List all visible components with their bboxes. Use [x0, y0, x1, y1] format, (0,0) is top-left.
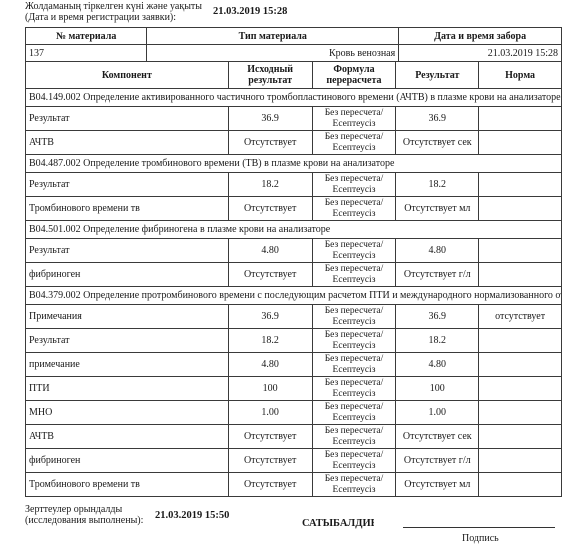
- norm-value: [479, 107, 562, 131]
- source-result: Отсутствует: [228, 197, 312, 221]
- result-row: фибриногенОтсутствуетБез пересчета/Есепт…: [26, 449, 562, 473]
- source-result: Отсутствует: [228, 263, 312, 287]
- formula-line2: Есептеусіз: [314, 341, 395, 352]
- registration-label-kz: Жолдаманың тіркелген күні және уақыты: [25, 2, 202, 13]
- section-title: B04.501.002 Определение фибриногена в пл…: [26, 221, 562, 239]
- result-row: АЧТВОтсутствуетБез пересчета/ЕсептеусізО…: [26, 131, 562, 155]
- signature-caption: Подпись: [462, 533, 499, 544]
- header-component: Компонент: [26, 62, 229, 89]
- norm-value: [479, 401, 562, 425]
- source-result: 4.80: [228, 353, 312, 377]
- section-row: B04.149.002 Определение активированного …: [26, 89, 562, 107]
- header-formula-line1: Формула: [316, 64, 393, 75]
- formula-line2: Есептеусіз: [314, 209, 395, 220]
- final-result: Отсутствует г/л: [396, 449, 479, 473]
- formula-line2: Есептеусіз: [314, 389, 395, 400]
- final-result: Отсутствует мл: [396, 473, 479, 497]
- component-name: АЧТВ: [26, 131, 229, 155]
- norm-value: [479, 239, 562, 263]
- result-row: Результат4.80Без пересчета/Есептеусіз4.8…: [26, 239, 562, 263]
- component-name: АЧТВ: [26, 425, 229, 449]
- recalc-formula: Без пересчета/Есептеусіз: [312, 107, 396, 131]
- formula-line1: Без пересчета/: [314, 402, 395, 413]
- norm-value: [479, 197, 562, 221]
- header-collection-datetime: Дата и время забора: [399, 28, 562, 45]
- result-row: Тромбинового времени твОтсутствуетБез пе…: [26, 197, 562, 221]
- recalc-formula: Без пересчета/Есептеусіз: [312, 377, 396, 401]
- component-name: Результат: [26, 239, 229, 263]
- final-result: 36.9: [396, 305, 479, 329]
- completion-label-kz: Зерттеулер орындалды: [25, 505, 143, 516]
- component-name: Тромбинового времени тв: [26, 197, 229, 221]
- component-name: Тромбинового времени тв: [26, 473, 229, 497]
- formula-line1: Без пересчета/: [314, 354, 395, 365]
- final-result: 4.80: [396, 353, 479, 377]
- formula-line2: Есептеусіз: [314, 413, 395, 424]
- header-norm: Норма: [479, 62, 562, 89]
- material-type: Кровь венозная: [147, 45, 399, 62]
- norm-value: [479, 353, 562, 377]
- header-material-type: Тип материала: [147, 28, 399, 45]
- recalc-formula: Без пересчета/Есептеусіз: [312, 473, 396, 497]
- result-row: Результат36.9Без пересчета/Есептеусіз36.…: [26, 107, 562, 131]
- section-row: B04.501.002 Определение фибриногена в пл…: [26, 221, 562, 239]
- header-material-number: № материала: [26, 28, 147, 45]
- material-row: 137 Кровь венозная 21.03.2019 15:28: [26, 45, 562, 62]
- final-result: Отсутствует сек: [396, 131, 479, 155]
- results-table: Компонент Исходный результат Формула пер…: [25, 62, 562, 497]
- recalc-formula: Без пересчета/Есептеусіз: [312, 263, 396, 287]
- component-name: Результат: [26, 107, 229, 131]
- source-result: 4.80: [228, 239, 312, 263]
- formula-line2: Есептеусіз: [314, 317, 395, 328]
- formula-line2: Есептеусіз: [314, 275, 395, 286]
- source-result: 18.2: [228, 173, 312, 197]
- recalc-formula: Без пересчета/Есептеусіз: [312, 401, 396, 425]
- formula-line1: Без пересчета/: [314, 474, 395, 485]
- source-result: 36.9: [228, 107, 312, 131]
- component-name: Результат: [26, 173, 229, 197]
- registration-info: Жолдаманың тіркелген күні және уақыты (Д…: [25, 2, 565, 24]
- recalc-formula: Без пересчета/Есептеусіз: [312, 425, 396, 449]
- source-result: 100: [228, 377, 312, 401]
- norm-value: [479, 173, 562, 197]
- formula-line1: Без пересчета/: [314, 264, 395, 275]
- final-result: 18.2: [396, 173, 479, 197]
- formula-line1: Без пересчета/: [314, 426, 395, 437]
- norm-value: [479, 449, 562, 473]
- source-result: 1.00: [228, 401, 312, 425]
- result-row: МНО1.00Без пересчета/Есептеусіз1.00: [26, 401, 562, 425]
- section-title: B04.487.002 Определение тромбинового вре…: [26, 155, 562, 173]
- header-source-result-line1: Исходный: [232, 64, 309, 75]
- recalc-formula: Без пересчета/Есептеусіз: [312, 197, 396, 221]
- formula-line1: Без пересчета/: [314, 240, 395, 251]
- material-table-header: № материала Тип материала Дата и время з…: [26, 28, 562, 45]
- material-table: № материала Тип материала Дата и время з…: [25, 27, 562, 62]
- result-row: Тромбинового времени твОтсутствуетБез пе…: [26, 473, 562, 497]
- formula-line2: Есептеусіз: [314, 119, 395, 130]
- result-row: фибриногенОтсутствуетБез пересчета/Есепт…: [26, 263, 562, 287]
- final-result: 36.9: [396, 107, 479, 131]
- source-result: Отсутствует: [228, 473, 312, 497]
- source-result: Отсутствует: [228, 449, 312, 473]
- formula-line2: Есептеусіз: [314, 185, 395, 196]
- final-result: Отсутствует мл: [396, 197, 479, 221]
- recalc-formula: Без пересчета/Есептеусіз: [312, 449, 396, 473]
- header-formula-line2: перерасчета: [316, 75, 393, 86]
- formula-line2: Есептеусіз: [314, 437, 395, 448]
- registration-datetime: 21.03.2019 15:28: [213, 6, 287, 17]
- recalc-formula: Без пересчета/Есептеусіз: [312, 173, 396, 197]
- completion-datetime: 21.03.2019 15:50: [155, 510, 229, 521]
- completion-label: Зерттеулер орындалды (исследования выпол…: [25, 505, 143, 526]
- final-result: Отсутствует сек: [396, 425, 479, 449]
- norm-value: [479, 473, 562, 497]
- final-result: 4.80: [396, 239, 479, 263]
- header-result: Результат: [396, 62, 479, 89]
- norm-value: [479, 377, 562, 401]
- component-name: Примечания: [26, 305, 229, 329]
- norm-value: [479, 263, 562, 287]
- header-source-result-line2: результат: [232, 75, 309, 86]
- result-row: Результат18.2Без пересчета/Есептеусіз18.…: [26, 173, 562, 197]
- registration-label: Жолдаманың тіркелген күні және уақыты (Д…: [25, 2, 202, 23]
- formula-line1: Без пересчета/: [314, 198, 395, 209]
- source-result: 18.2: [228, 329, 312, 353]
- recalc-formula: Без пересчета/Есептеусіз: [312, 305, 396, 329]
- completion-info: Зерттеулер орындалды (исследования выпол…: [25, 505, 325, 531]
- source-result: Отсутствует: [228, 425, 312, 449]
- registration-label-ru: (Дата и время регистрации заявки):: [25, 13, 202, 24]
- collection-datetime: 21.03.2019 15:28: [399, 45, 562, 62]
- recalc-formula: Без пересчета/Есептеусіз: [312, 329, 396, 353]
- section-title: B04.149.002 Определение активированного …: [26, 89, 562, 107]
- recalc-formula: Без пересчета/Есептеусіз: [312, 353, 396, 377]
- recalc-formula: Без пересчета/Есептеусіз: [312, 239, 396, 263]
- formula-line1: Без пересчета/: [314, 108, 395, 119]
- formula-line2: Есептеусіз: [314, 461, 395, 472]
- header-formula: Формула перерасчета: [312, 62, 396, 89]
- final-result: 100: [396, 377, 479, 401]
- component-name: Результат: [26, 329, 229, 353]
- final-result: 1.00: [396, 401, 479, 425]
- result-row: Результат18.2Без пересчета/Есептеусіз18.…: [26, 329, 562, 353]
- results-table-header: Компонент Исходный результат Формула пер…: [26, 62, 562, 89]
- result-row: Примечания36.9Без пересчета/Есептеусіз36…: [26, 305, 562, 329]
- norm-value: [479, 329, 562, 353]
- component-name: ПТИ: [26, 377, 229, 401]
- formula-line2: Есептеусіз: [314, 365, 395, 376]
- formula-line2: Есептеусіз: [314, 251, 395, 262]
- component-name: МНО: [26, 401, 229, 425]
- norm-value: [479, 425, 562, 449]
- section-title: B04.379.002 Определение протромбинового …: [26, 287, 562, 305]
- section-row: B04.379.002 Определение протромбинового …: [26, 287, 562, 305]
- formula-line1: Без пересчета/: [314, 450, 395, 461]
- material-number: 137: [26, 45, 147, 62]
- section-row: B04.487.002 Определение тромбинового вре…: [26, 155, 562, 173]
- formula-line1: Без пересчета/: [314, 378, 395, 389]
- result-row: примечание4.80Без пересчета/Есептеусіз4.…: [26, 353, 562, 377]
- formula-line2: Есептеусіз: [314, 485, 395, 496]
- result-row: ПТИ100Без пересчета/Есептеусіз100: [26, 377, 562, 401]
- signature-line: [403, 527, 555, 528]
- norm-value: [479, 131, 562, 155]
- result-row: АЧТВОтсутствуетБез пересчета/ЕсептеусізО…: [26, 425, 562, 449]
- completion-label-ru: (исследования выполнены):: [25, 516, 143, 527]
- norm-value: отсутствует: [479, 305, 562, 329]
- component-name: фибриноген: [26, 263, 229, 287]
- source-result: 36.9: [228, 305, 312, 329]
- formula-line1: Без пересчета/: [314, 174, 395, 185]
- signer-name: САТЫБАЛДИЕВА Х. Ж: [302, 518, 374, 529]
- final-result: 18.2: [396, 329, 479, 353]
- source-result: Отсутствует: [228, 131, 312, 155]
- formula-line2: Есептеусіз: [314, 143, 395, 154]
- recalc-formula: Без пересчета/Есептеусіз: [312, 131, 396, 155]
- component-name: фибриноген: [26, 449, 229, 473]
- formula-line1: Без пересчета/: [314, 132, 395, 143]
- formula-line1: Без пересчета/: [314, 306, 395, 317]
- final-result: Отсутствует г/л: [396, 263, 479, 287]
- component-name: примечание: [26, 353, 229, 377]
- header-source-result: Исходный результат: [228, 62, 312, 89]
- formula-line1: Без пересчета/: [314, 330, 395, 341]
